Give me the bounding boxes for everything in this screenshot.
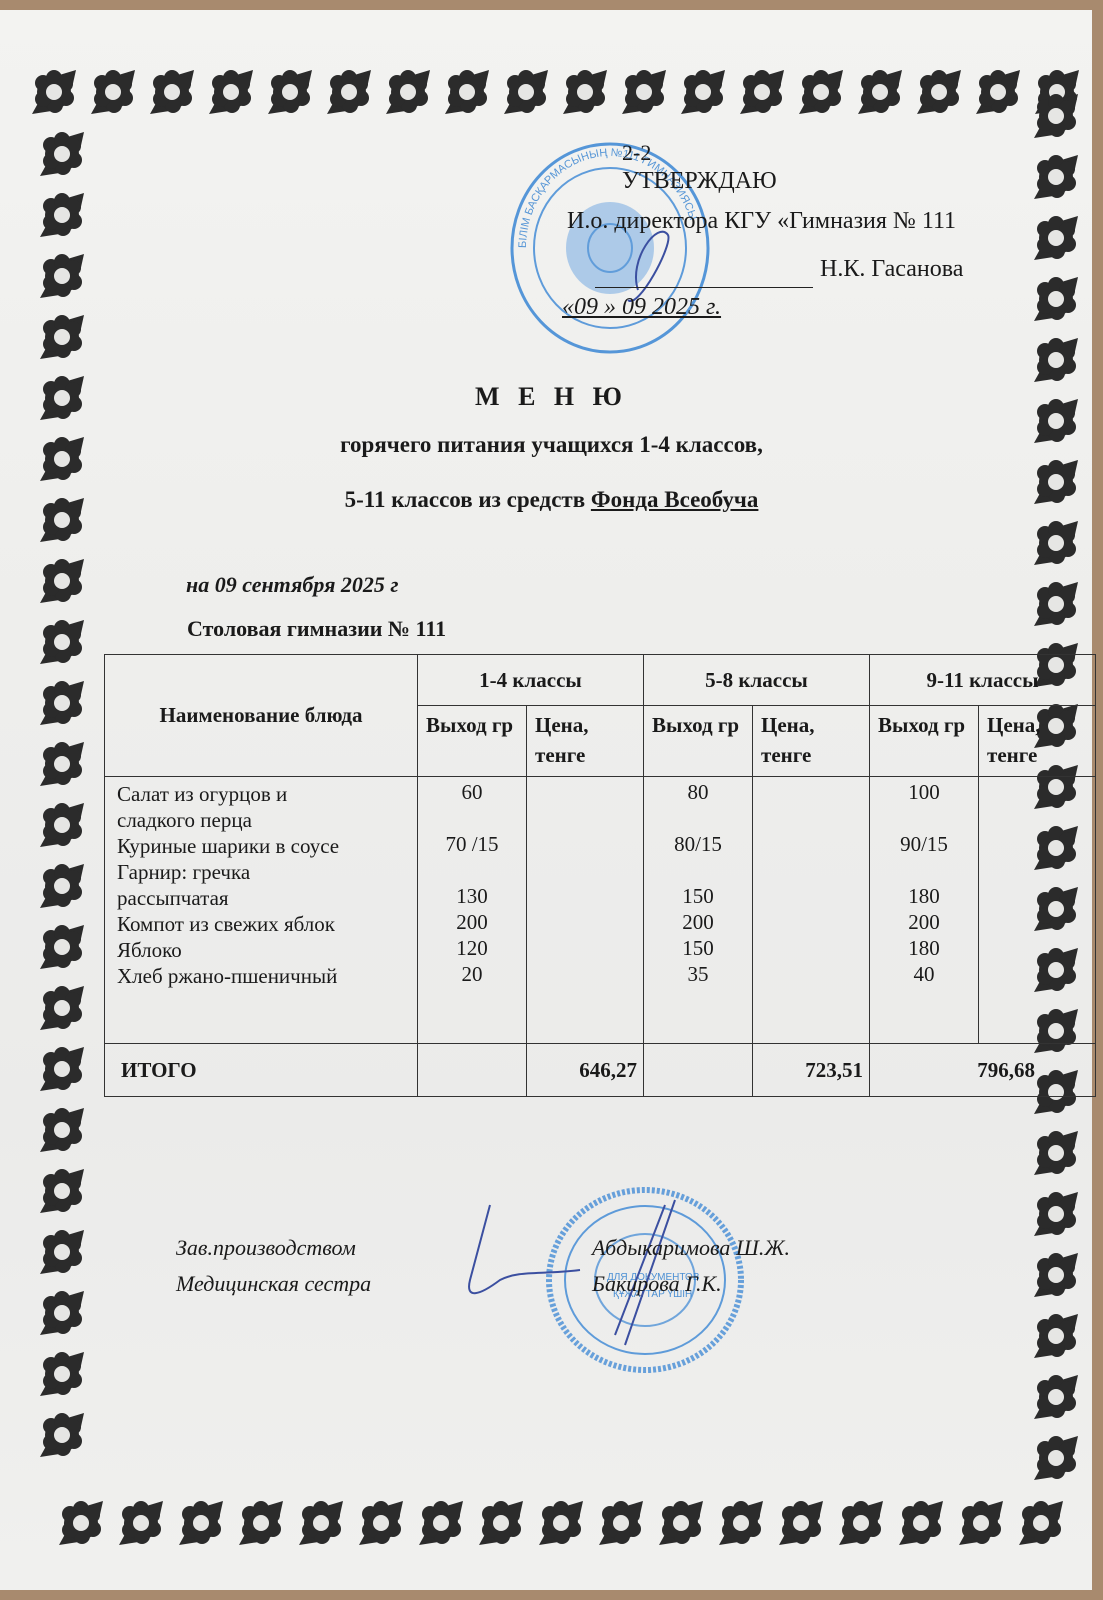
ornament-icon (415, 1497, 467, 1549)
ornament-icon (1030, 151, 1082, 203)
ornament-icon (115, 1497, 167, 1549)
ornament-icon (36, 799, 88, 851)
total-output-empty (644, 1044, 753, 1097)
output-value: 35 (644, 961, 752, 987)
total-value: 796,68 (870, 1044, 1096, 1097)
ornament-icon (677, 66, 729, 118)
ornament-border-left (36, 128, 88, 1461)
ornament-icon (28, 66, 80, 118)
ornament-icon (955, 1497, 1007, 1549)
output-value (644, 805, 752, 831)
menu-subtitle-line1: горячего питания учащихся 1-4 классов, (0, 432, 1103, 458)
ornament-icon (1030, 517, 1082, 569)
ornament-icon (323, 66, 375, 118)
dish-name-line: Куриные шарики в соусе (117, 833, 417, 859)
menu-date: на 09 сентября 2025 г (186, 572, 399, 598)
output-value (644, 857, 752, 883)
role-production-head: Зав.производством (176, 1230, 371, 1266)
output-value: 180 (870, 883, 978, 909)
ornament-icon (535, 1497, 587, 1549)
ornament-icon (1030, 212, 1082, 264)
ornament-icon (913, 66, 965, 118)
output-value: 80/15 (644, 831, 752, 857)
price-values-cell (979, 777, 1096, 1044)
name-production-head: Абдыкаримова Ш.Ж. (592, 1230, 790, 1266)
output-value: 100 (870, 779, 978, 805)
output-value: 70 /15 (418, 831, 526, 857)
signature-names: Абдыкаримова Ш.Ж. Бакирова Г.К. (592, 1230, 790, 1302)
ornament-icon (500, 66, 552, 118)
output-value: 150 (644, 883, 752, 909)
ornament-icon (36, 311, 88, 363)
canteen-name: Столовая гимназии № 111 (187, 616, 446, 642)
total-value: 646,27 (527, 1044, 644, 1097)
fund-name: Фонда Всеобуча (591, 487, 759, 512)
output-value: 130 (418, 883, 526, 909)
dish-name-line: Яблоко (117, 937, 417, 963)
output-value: 200 (870, 909, 978, 935)
output-value (418, 805, 526, 831)
ornament-border-top (28, 66, 1083, 118)
output-value: 180 (870, 935, 978, 961)
output-header: Выход гр (870, 706, 979, 777)
ornament-icon (595, 1497, 647, 1549)
ornament-icon (36, 616, 88, 668)
ornament-icon (55, 1497, 107, 1549)
dish-name-line: Хлеб ржано-пшеничный (117, 963, 417, 989)
ornament-icon (87, 66, 139, 118)
ornament-icon (355, 1497, 407, 1549)
ornament-icon (235, 1497, 287, 1549)
ornament-icon (36, 1348, 88, 1400)
ornament-icon (795, 66, 847, 118)
ornament-icon (736, 66, 788, 118)
signature-line (595, 287, 813, 288)
dish-name-line: сладкого перца (117, 807, 417, 833)
price-values-cell (753, 777, 870, 1044)
ornament-icon (36, 860, 88, 912)
total-value: 723,51 (753, 1044, 870, 1097)
output-value: 150 (644, 935, 752, 961)
role-nurse: Медицинская сестра (176, 1266, 371, 1302)
ornament-icon (36, 1165, 88, 1217)
ornament-icon (1030, 1310, 1082, 1362)
ornament-icon (1030, 1371, 1082, 1423)
total-output-empty (418, 1044, 527, 1097)
ornament-icon (655, 1497, 707, 1549)
ornament-icon (1030, 1188, 1082, 1240)
group-header: 9-11 классы (870, 655, 1096, 706)
ornament-icon (775, 1497, 827, 1549)
output-value: 40 (870, 961, 978, 987)
ornament-icon (441, 66, 493, 118)
dish-names-cell: Салат из огурцов исладкого перцаКуриные … (105, 777, 418, 1044)
ornament-border-bottom (55, 1497, 1067, 1549)
ornament-icon (895, 1497, 947, 1549)
price-header: Цена, тенге (979, 706, 1096, 777)
ornament-icon (295, 1497, 347, 1549)
output-header: Выход гр (644, 706, 753, 777)
dish-name-line: Гарнир: гречка (117, 859, 417, 885)
ornament-icon (1015, 1497, 1067, 1549)
ornament-icon (854, 66, 906, 118)
ornament-icon (205, 66, 257, 118)
output-value (418, 857, 526, 883)
output-values-cell: 10090/1518020018040 (870, 777, 979, 1044)
ornament-icon (36, 1287, 88, 1339)
menu-table: Наименование блюда 1-4 классы 5-8 классы… (104, 654, 1096, 1097)
ornament-icon (36, 189, 88, 241)
ornament-icon (1030, 273, 1082, 325)
price-header: Цена, тенге (753, 706, 870, 777)
document-number: 2-2 (622, 140, 651, 166)
output-value: 200 (418, 909, 526, 935)
ornament-icon (36, 1043, 88, 1095)
ornament-icon (36, 250, 88, 302)
approval-date: «09 » 09 2025 г. (562, 294, 721, 321)
name-nurse: Бакирова Г.К. (592, 1266, 790, 1302)
menu-subtitle-line2: 5-11 классов из средств Фонда Всеобуча (0, 487, 1103, 513)
dish-name-line: рассыпчатая (117, 885, 417, 911)
dish-name-header: Наименование блюда (105, 655, 418, 777)
ornament-icon (36, 1226, 88, 1278)
dish-name-line: Компот из свежих яблок (117, 911, 417, 937)
ornament-icon (1030, 1249, 1082, 1301)
approve-label: УТВЕРЖДАЮ (622, 168, 777, 195)
ornament-icon (559, 66, 611, 118)
output-value: 80 (644, 779, 752, 805)
ornament-icon (715, 1497, 767, 1549)
total-label: ИТОГО (105, 1044, 418, 1097)
director-name: Н.К. Гасанова (820, 256, 963, 283)
ornament-icon (36, 677, 88, 729)
ornament-icon (264, 66, 316, 118)
ornament-icon (382, 66, 434, 118)
subtitle-prefix: 5-11 классов из средств (345, 487, 591, 512)
ornament-icon (36, 128, 88, 180)
ornament-icon (36, 1409, 88, 1461)
ornament-icon (36, 921, 88, 973)
ornament-icon (835, 1497, 887, 1549)
ornament-icon (1030, 578, 1082, 630)
ornament-icon (972, 66, 1024, 118)
ornament-icon (36, 982, 88, 1034)
output-values-cell: 6070 /1513020012020 (418, 777, 527, 1044)
output-values-cell: 8080/1515020015035 (644, 777, 753, 1044)
price-values-cell (527, 777, 644, 1044)
output-value: 60 (418, 779, 526, 805)
group-header: 1-4 классы (418, 655, 644, 706)
ornament-icon (1030, 1432, 1082, 1484)
total-row: ИТОГО 646,27 723,51 796,68 (105, 1044, 1096, 1097)
ornament-icon (175, 1497, 227, 1549)
price-header: Цена, тенге (527, 706, 644, 777)
group-header: 5-8 классы (644, 655, 870, 706)
signature-roles: Зав.производством Медицинская сестра (176, 1230, 371, 1302)
output-value: 200 (644, 909, 752, 935)
ornament-icon (146, 66, 198, 118)
output-value (870, 857, 978, 883)
ornament-icon (1030, 1127, 1082, 1179)
ornament-icon (36, 738, 88, 790)
ornament-icon (36, 555, 88, 607)
menu-title: М Е Н Ю (0, 382, 1103, 412)
output-value: 20 (418, 961, 526, 987)
output-value (870, 805, 978, 831)
output-header: Выход гр (418, 706, 527, 777)
director-title: И.о. директора КГУ «Гимназия № 111 (567, 208, 956, 235)
ornament-icon (36, 1104, 88, 1156)
output-value: 90/15 (870, 831, 978, 857)
ornament-icon (475, 1497, 527, 1549)
ornament-icon (618, 66, 670, 118)
ornament-icon (1030, 90, 1082, 142)
ornament-icon (1030, 334, 1082, 386)
output-value: 120 (418, 935, 526, 961)
dish-name-line: Салат из огурцов и (117, 781, 417, 807)
